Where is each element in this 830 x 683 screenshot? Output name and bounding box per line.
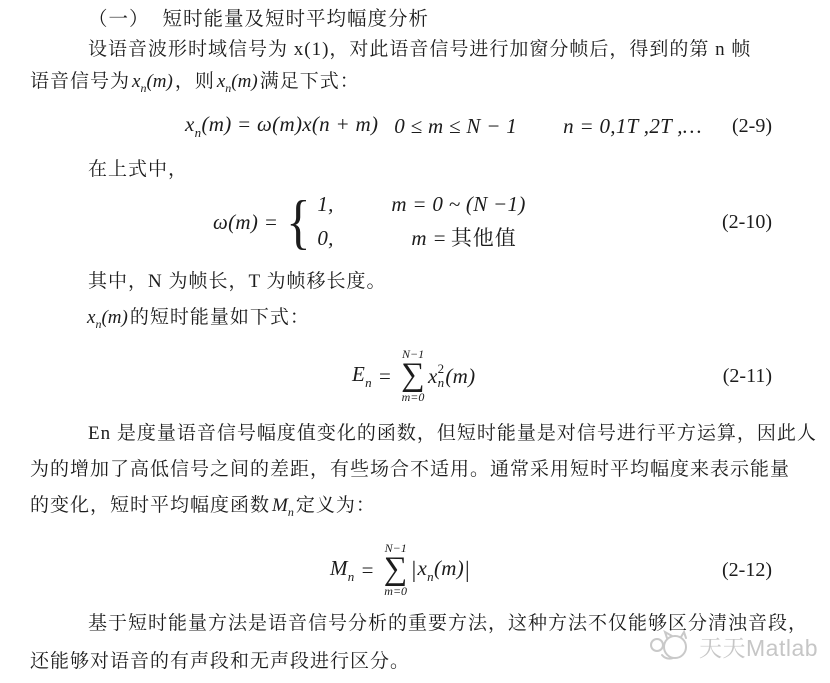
equation-number: (2-9): [732, 115, 772, 138]
para1-line2: 语音信号为xn(m)，则xn(m)满足下式：: [30, 70, 360, 100]
equation-number: (2-10): [722, 211, 772, 234]
para2-line3: 的变化，短时平均幅度函数Mn定义为：: [30, 494, 376, 524]
inline-math-xn: xn(m): [130, 71, 175, 92]
between-text-2: 其中，N 为帧长，T 为帧移长度。: [88, 270, 387, 294]
cases-rows: 1,m = 0 ~ (N −1) 0,m =其他值: [317, 192, 525, 252]
energy-intro-text: 的短时能量如下式：: [130, 307, 310, 328]
para3-line2: 还能够对语音的有声段和无声段进行区分。: [30, 650, 410, 674]
inline-math-mn: Mn: [270, 495, 296, 516]
case-row-2: 0,m =其他值: [317, 222, 525, 252]
heading-number: （一）: [88, 9, 150, 30]
para2-line3-post: 定义为：: [296, 495, 376, 516]
cat-doodle-icon: [648, 629, 694, 663]
para2-line3-pre: 的变化，短时平均幅度函数: [30, 495, 270, 516]
equation-2-9: xn(m) = ω(m)x(n + m) 0 ≤ m ≤ N − 1 n = 0…: [30, 111, 800, 141]
para1-line2-pre: 语音信号为: [30, 71, 130, 92]
sum-symbol: N−1 ∑ m=0: [384, 542, 408, 598]
sup-sub-stack: 2n: [438, 362, 445, 389]
case-row-1: 1,m = 0 ~ (N −1): [317, 192, 525, 217]
para1-line2-mid: ，则: [175, 71, 215, 92]
equation-2-11: En = N−1 ∑ m=0 x2n(m) (2-11): [30, 343, 800, 409]
equation-2-11-body: En = N−1 ∑ m=0 x2n(m): [352, 348, 475, 404]
energy-intro-line: xn(m)的短时能量如下式：: [85, 306, 310, 336]
equation-number: (2-12): [722, 559, 772, 582]
document-page: （一）短时能量及短时平均幅度分析 设语音波形时域信号为 x(1)，对此语音信号进…: [0, 0, 830, 683]
inline-math-xn: xn(m): [215, 71, 260, 92]
between-text-1: 在上式中，: [88, 158, 188, 182]
equation-2-12-body: Mn = N−1 ∑ m=0 | xn(m) |: [330, 542, 471, 598]
heading-title: 短时能量及短时平均幅度分析: [163, 9, 430, 30]
para1-line2-post: 满足下式：: [260, 71, 360, 92]
omega-lhs: ω(m) =: [213, 210, 278, 235]
equation-2-9-body: xn(m) = ω(m)x(n + m) 0 ≤ m ≤ N − 1 n = 0…: [185, 112, 702, 141]
cases-brace: {: [286, 192, 311, 252]
watermark: 天天Matlab: [648, 629, 818, 663]
para2-line2: 为的增加了高低信号之间的差距，有些场合不适用。通常采用短时平均幅度来表示能量: [30, 458, 790, 482]
para2-line1: En 是度量语音信号幅度值变化的函数，但短时能量是对信号进行平方运算，因此人: [88, 422, 817, 446]
equation-2-10: ω(m) = { 1,m = 0 ~ (N −1) 0,m =其他值 (2-10…: [30, 187, 800, 257]
equation-number: (2-11): [723, 365, 772, 388]
sum-symbol: N−1 ∑ m=0: [401, 348, 425, 404]
inline-math-xn: xn(m): [85, 307, 130, 328]
watermark-text: 天天Matlab: [699, 630, 818, 663]
section-heading: （一）短时能量及短时平均幅度分析: [88, 8, 429, 32]
equation-2-10-body: ω(m) = { 1,m = 0 ~ (N −1) 0,m =其他值: [213, 192, 526, 252]
para1-line1: 设语音波形时域信号为 x(1)，对此语音信号进行加窗分帧后，得到的第 n 帧: [88, 38, 751, 62]
equation-2-12: Mn = N−1 ∑ m=0 | xn(m) | (2-12): [30, 537, 800, 603]
